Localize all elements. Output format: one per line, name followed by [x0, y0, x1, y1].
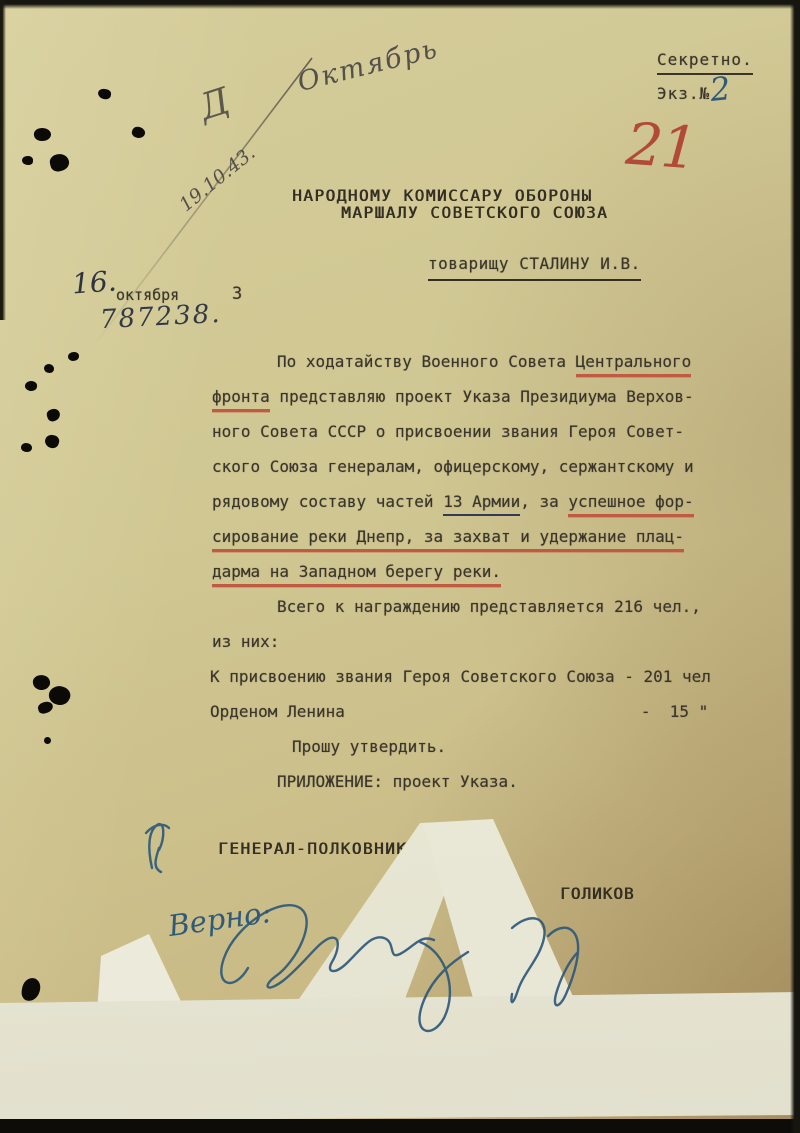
copy-number-label: Экз.№: [657, 84, 710, 103]
classification-stamp: Секретно.: [657, 50, 753, 75]
body-line-3: ного Совета СССР о присвоении звания Гер…: [212, 422, 684, 441]
body-line-10: К присвоению звания Героя Советского Сою…: [210, 667, 711, 686]
typed-text: ского Союза генералам, офицерскому, серж…: [212, 457, 694, 476]
punch-hole: [21, 443, 32, 452]
red-underlined-text: успешное фор-: [568, 492, 693, 517]
body-line-7: дарма на Западном берегу реки.: [212, 562, 501, 581]
red-underlined-text: сирование реки Днепр, за захват и удержа…: [212, 527, 684, 552]
punch-hole: [44, 737, 51, 744]
typed-text: из них:: [212, 632, 279, 651]
body-line-9: из них:: [212, 632, 279, 651]
red-underlined-text: Центрального: [576, 352, 692, 377]
typed-text: К присвоению звания Героя Советского Сою…: [210, 667, 711, 686]
red-page-number: 21: [624, 110, 698, 183]
body-line-5: рядовому составу частей 13 Армии, за усп…: [212, 492, 694, 511]
recipient-line-2: МАРШАЛУ СОВЕТСКОГО СОЮЗА: [341, 203, 608, 223]
scan-edge-left: [0, 0, 6, 320]
typed-text: Орденом Ленина: [210, 702, 345, 721]
body-line-11: Орденом Ленина- 15 ": [210, 702, 708, 721]
body-line-6: сирование реки Днепр, за захват и удержа…: [212, 527, 684, 546]
copy-number-handwritten: 2: [708, 69, 732, 109]
scan-edge-right: [790, 0, 800, 1133]
signer-name: ГОЛИКОВ: [560, 884, 634, 904]
red-underlined-text: дарма на Западном берегу реки.: [212, 562, 501, 587]
body-line-12: Прошу утвердить.: [292, 737, 446, 756]
typed-text: По ходатайству Военного Совета: [277, 352, 576, 371]
recipient-line-3: товарищу СТАЛИНУ И.В.: [428, 254, 641, 281]
scanned-document-page: { "stamps": { "classification": "Секретн…: [0, 0, 800, 1133]
red-underlined-text: фронта: [212, 387, 270, 412]
incoming-number-handwritten: 787238.: [99, 299, 222, 335]
scan-edge-top: [0, 0, 800, 9]
body-line-2: фронта представляю проект Указа Президиу…: [212, 387, 694, 406]
punch-hole: [22, 156, 33, 165]
body-line-4: ского Союза генералам, офицерскому, серж…: [212, 457, 694, 476]
incoming-date-day: 16.: [71, 264, 118, 300]
typed-text: рядовому составу частей: [212, 492, 443, 511]
ink-underlined-text: 13 Армии: [443, 492, 520, 516]
signer-rank: ГЕНЕРАЛ-ПОЛКОВНИК: [218, 839, 407, 859]
body-line-13: ПРИЛОЖЕНИЕ: проект Указа.: [277, 772, 518, 791]
incoming-extra-digit: 3: [232, 284, 242, 304]
scan-edge-bottom: [0, 1119, 800, 1133]
typed-text: Всего к награждению представляется 216 ч…: [277, 597, 701, 616]
body-line-1: По ходатайству Военного Совета Центральн…: [277, 352, 691, 371]
typed-text: представляю проект Указа Президиума Верх…: [270, 387, 694, 406]
punch-hole: [44, 364, 54, 373]
typed-text: , за: [520, 492, 568, 511]
body-line-8: Всего к награждению представляется 216 ч…: [277, 597, 701, 616]
typed-text: ного Совета СССР о присвоении звания Гер…: [212, 422, 684, 441]
typed-text: Прошу утвердить.: [292, 737, 446, 756]
typed-text: - 15 ": [641, 702, 708, 721]
typed-text: ПРИЛОЖЕНИЕ: проект Указа.: [277, 772, 518, 791]
